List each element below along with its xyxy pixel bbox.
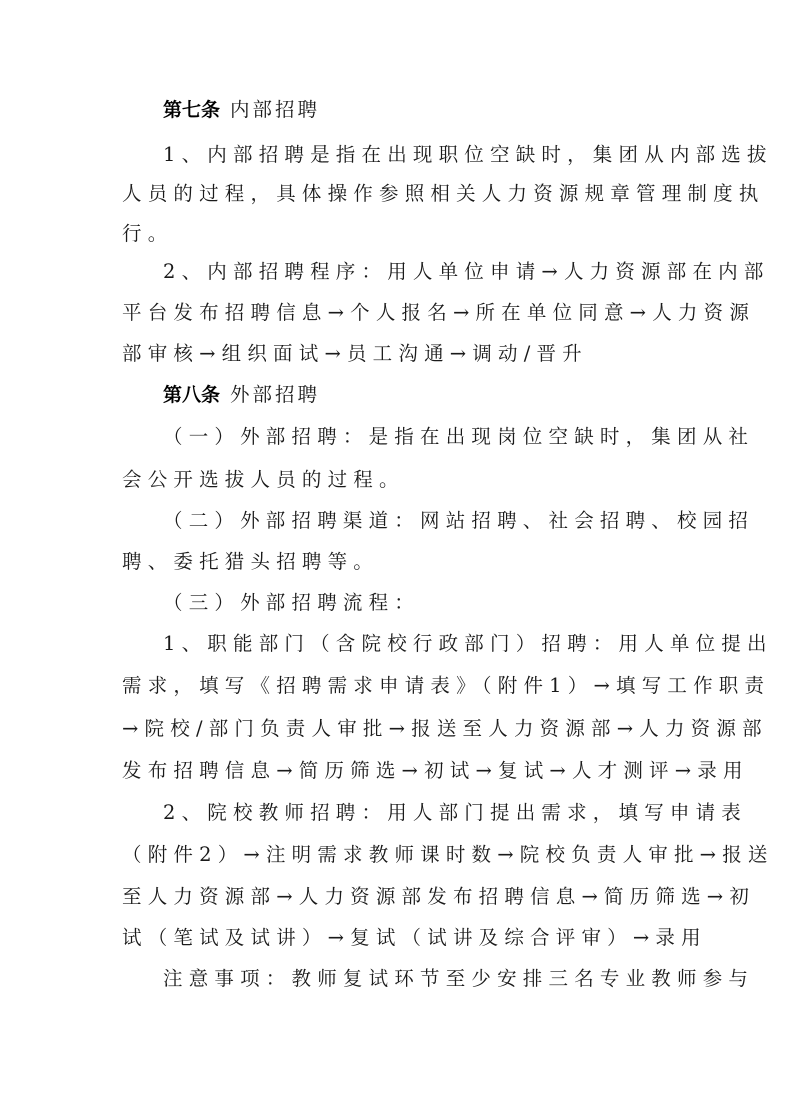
- paragraph-line: 行。: [122, 221, 682, 247]
- paragraph-line: 2、内部招聘程序：用人单位申请→人力资源部在内部: [163, 259, 723, 285]
- article-7-heading: 第七条内部招聘: [163, 97, 723, 123]
- paragraph-line: （一）外部招聘：是指在出现岗位空缺时，集团从社: [163, 424, 723, 450]
- paragraph-line: 聘、委托猎头招聘等。: [122, 549, 682, 575]
- paragraph-line: （三）外部招聘流程：: [163, 590, 723, 616]
- paragraph-line: 发布招聘信息→简历筛选→初试→复试→人才测评→录用: [122, 758, 682, 784]
- paragraph-line: 2、院校教师招聘：用人部门提出需求，填写申请表: [163, 800, 723, 826]
- paragraph-line: 注意事项：教师复试环节至少安排三名专业教师参与: [163, 966, 723, 992]
- paragraph-line: （附件2）→注明需求教师课时数→院校负责人审批→报送: [122, 842, 682, 868]
- paragraph-line: 平台发布招聘信息→个人报名→所在单位同意→人力资源: [122, 300, 682, 326]
- paragraph-line: →院校/部门负责人审批→报送至人力资源部→人力资源部: [122, 716, 682, 742]
- paragraph-line: （二）外部招聘渠道：网站招聘、社会招聘、校园招: [163, 508, 723, 534]
- article-8-heading: 第八条外部招聘: [163, 382, 723, 408]
- paragraph-line: 会公开选拔人员的过程。: [122, 467, 682, 493]
- article-7-title: 内部招聘: [230, 98, 320, 121]
- paragraph-line: 至人力资源部→人力资源部发布招聘信息→简历筛选→初: [122, 884, 682, 910]
- paragraph-line: 需求，填写《招聘需求申请表》（附件1）→填写工作职责: [122, 673, 682, 699]
- paragraph-line: 人员的过程，具体操作参照相关人力资源规章管理制度执: [122, 181, 682, 207]
- article-7-label: 第七条: [163, 99, 220, 121]
- article-8-title: 外部招聘: [230, 383, 320, 406]
- paragraph-line: 1、内部招聘是指在出现职位空缺时，集团从内部选拔: [163, 142, 723, 168]
- article-8-label: 第八条: [163, 384, 220, 406]
- document-page: 第七条内部招聘 1、内部招聘是指在出现职位空缺时，集团从内部选拔 人员的过程，具…: [0, 0, 790, 1118]
- paragraph-line: 部审核→组织面试→员工沟通→调动/晋升: [122, 341, 682, 367]
- paragraph-line: 1、职能部门（含院校行政部门）招聘：用人单位提出: [163, 631, 723, 657]
- paragraph-line: 试（笔试及试讲）→复试（试讲及综合评审）→录用: [122, 925, 682, 951]
